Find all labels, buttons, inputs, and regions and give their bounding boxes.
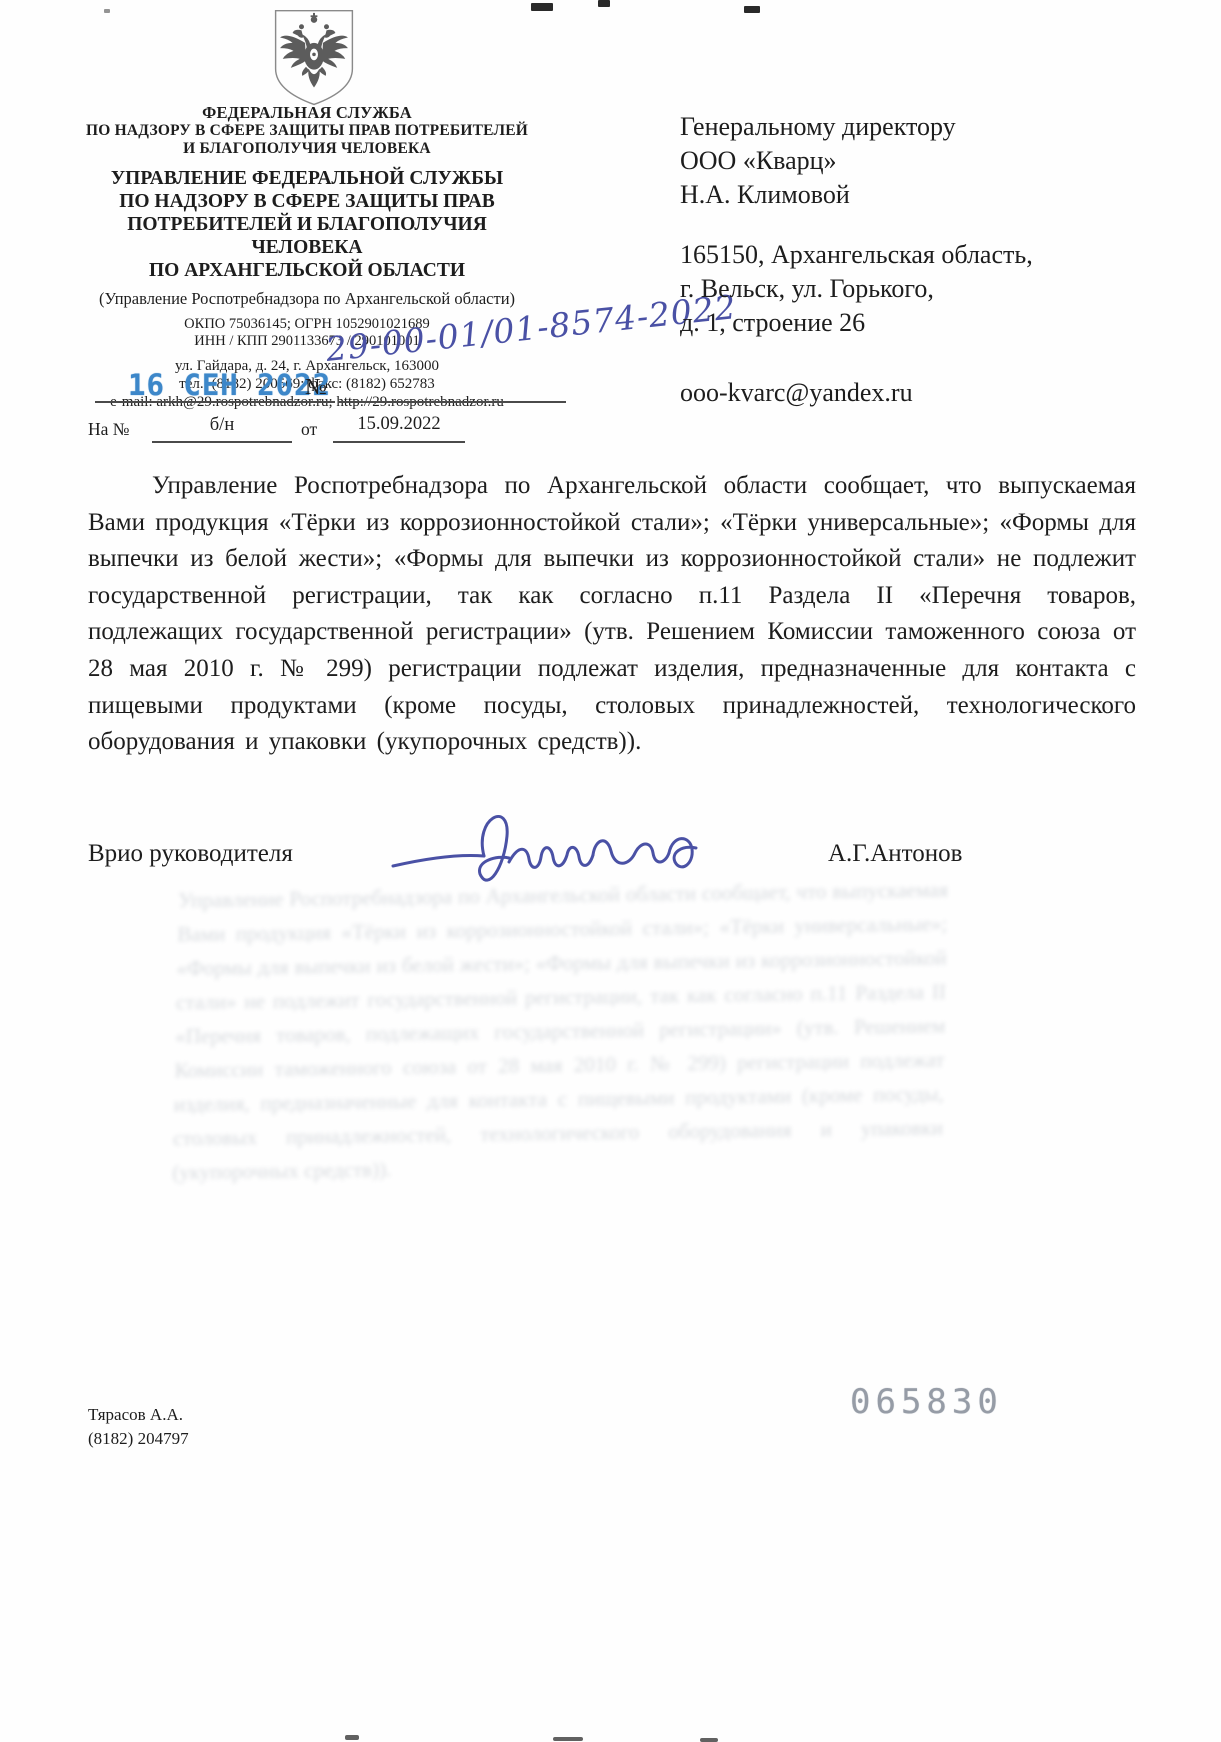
scan-artifact [744, 6, 760, 13]
executor-phone: (8182) 204797 [88, 1427, 189, 1451]
scan-artifact [598, 0, 610, 7]
recipient-email: ooo-kvarc@yandex.ru [680, 376, 1160, 410]
signatory-name: А.Г.Антонов [828, 840, 962, 868]
coat-of-arms-icon [268, 8, 360, 108]
field-underline [95, 401, 335, 403]
letterhead-service-line2: ПО НАДЗОРУ В СФЕРЕ ЗАЩИТЫ ПРАВ ПОТРЕБИТЕ… [82, 122, 532, 140]
scan-artifact [553, 1737, 583, 1741]
recipient-address-line2: г. Вельск, ул. Горького, [680, 272, 1160, 306]
number-sign: № [305, 374, 327, 400]
recipient-person: Н.А. Климовой [680, 178, 1160, 212]
recipient-company: ООО «Кварц» [680, 144, 1160, 178]
signatory-title: Врио руководителя [88, 840, 293, 868]
scan-artifact [104, 9, 110, 13]
field-underline [338, 401, 566, 403]
executor-name: Тярасов А.А. [88, 1403, 183, 1427]
letterhead-service-line3: И БЛАГОПОЛУЧИЯ ЧЕЛОВЕКА [82, 140, 532, 158]
letterhead-org-line4: ПО АРХАНГЕЛЬСКОЙ ОБЛАСТИ [82, 259, 532, 282]
recipient-block: Генеральному директору ООО «Кварц» Н.А. … [680, 110, 1160, 410]
letterhead-org-line3: ПОТРЕБИТЕЛЕЙ И БЛАГОПОЛУЧИЯ ЧЕЛОВЕКА [82, 213, 532, 259]
ref-date: 15.09.2022 [333, 414, 465, 435]
signature-autograph-icon [388, 796, 718, 908]
form-number-stamp: 065830 [850, 1382, 1003, 1422]
letterhead: ФЕДЕРАЛЬНАЯ СЛУЖБА ПО НАДЗОРУ В СФЕРЕ ЗА… [82, 104, 532, 411]
field-underline [333, 441, 465, 443]
ref-value: б/н [152, 415, 292, 436]
letterhead-org-line1: УПРАВЛЕНИЕ ФЕДЕРАЛЬНОЙ СЛУЖБЫ [82, 167, 532, 190]
incoming-date-stamp: 16 СЕН 2022 [128, 368, 331, 402]
field-underline [152, 441, 292, 443]
letter-body-paragraph: Управление Роспотребнадзора по Архангель… [88, 468, 1136, 761]
letterhead-service-line1: ФЕДЕРАЛЬНАЯ СЛУЖБА [82, 104, 532, 122]
ref-from-label: от [301, 419, 317, 440]
recipient-address-line3: д. 1, строение 26 [680, 306, 1160, 340]
letterhead-org-short: (Управление Роспотребнадзора по Архангел… [82, 289, 532, 309]
recipient-position: Генеральному директору [680, 110, 1160, 144]
bleed-through-ghost-text: Управление Роспотребнадзора по Архангель… [172, 873, 949, 1214]
scan-artifact [345, 1735, 359, 1740]
recipient-address-line1: 165150, Архангельская область, [680, 238, 1160, 272]
ref-label: На № [88, 419, 129, 440]
scan-artifact [700, 1738, 718, 1742]
scanned-letter-page: ФЕДЕРАЛЬНАЯ СЛУЖБА ПО НАДЗОРУ В СФЕРЕ ЗА… [0, 0, 1221, 1742]
scan-artifact [531, 3, 553, 11]
letterhead-org-line2: ПО НАДЗОРУ В СФЕРЕ ЗАЩИТЫ ПРАВ [82, 190, 532, 213]
